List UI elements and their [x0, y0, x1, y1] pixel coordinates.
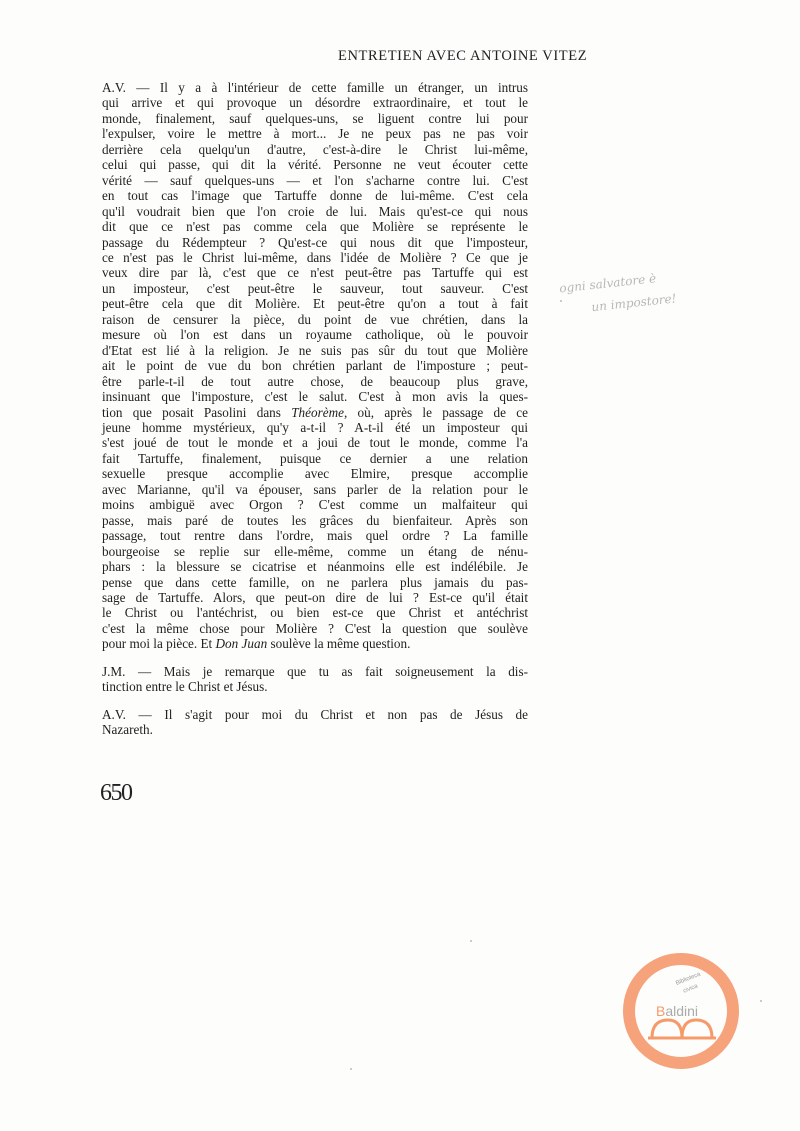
- library-stamp-logo: Biblioteca civica Baldini: [622, 952, 740, 1070]
- text-line: insinuant que l'imposture, c'est le salu…: [102, 389, 528, 404]
- text-line: en tout cas l'image que Tartuffe donne d…: [102, 188, 528, 203]
- running-header: ENTRETIEN AVEC ANTOINE VITEZ: [338, 48, 587, 65]
- text-line: jeune homme mystérieux, qu'y a-t-il ? A-…: [102, 420, 528, 435]
- text-line: passage du Rédempteur ? Qu'est-ce qui no…: [102, 235, 528, 250]
- text-line: d'Etat est lié à la religion. Je ne suis…: [102, 343, 528, 358]
- text-line: qui arrive et qui provoque un désordre e…: [102, 95, 528, 110]
- text-line: bourgeoise se replie sur elle-même, comm…: [102, 544, 528, 559]
- text-line: J.M. — Mais je remarque que tu as fait s…: [102, 664, 528, 679]
- dialogue-paragraph-jm: J.M. — Mais je remarque que tu as fait s…: [102, 664, 528, 695]
- text-line: sexuelle presque accomplie avec Elmire, …: [102, 466, 528, 481]
- text-line: être parle-t-il de tout autre chose, de …: [102, 374, 528, 389]
- dialogue-paragraph-av: A.V. — Il s'agit pour moi du Christ et n…: [102, 707, 528, 738]
- text-line: monde, finalement, sauf quelques-uns, se…: [102, 111, 528, 126]
- text-line: dit que ce n'est pas comme cela que Moli…: [102, 219, 528, 234]
- text-line: qu'il voudrait bien que l'on croie de lu…: [102, 204, 528, 219]
- text-line: tion que posait Pasolini dans Théorème, …: [102, 405, 528, 420]
- text-line: moins ambiguë avec Orgon ? C'est comme u…: [102, 497, 528, 512]
- text-line: raison de censurer la pièce, du point de…: [102, 312, 528, 327]
- text-line: pense que dans cette famille, on ne parl…: [102, 575, 528, 590]
- text-line: veux dire par là, c'est que ce n'est peu…: [102, 265, 528, 280]
- text-line: phars : la blessure se cicatrise et néan…: [102, 559, 528, 574]
- text-line: c'est la même chose pour Molière ? C'est…: [102, 621, 528, 636]
- text-line: A.V. — Il s'agit pour moi du Christ et n…: [102, 707, 528, 722]
- text-line: peut-être cela que dit Molière. Et peut-…: [102, 296, 528, 311]
- text-line: vérité — sauf quelques-uns — et l'on s'a…: [102, 173, 528, 188]
- italic-title: Théorème: [291, 405, 344, 420]
- text-line: le Christ ou l'antéchrist, ou bien est-c…: [102, 605, 528, 620]
- stamp-text-baldini: Baldini: [656, 1003, 698, 1019]
- text-line: Nazareth.: [102, 722, 528, 737]
- text-line: sage de Tartuffe. Alors, que peut-on dir…: [102, 590, 528, 605]
- text-line: mesure où l'on est dans un royaume catho…: [102, 327, 528, 342]
- text-line: ce n'est pas le Christ lui-même, dans l'…: [102, 250, 528, 265]
- text-line: pour moi la pièce. Et Don Juan soulève l…: [102, 636, 528, 651]
- baldini-stamp-icon: Biblioteca civica Baldini: [622, 952, 740, 1070]
- dialogue-paragraph-av: A.V. — Il y a à l'intérieur de cette fam…: [102, 80, 528, 652]
- page-number: 650: [100, 780, 132, 807]
- text-line: passe, mais paré de toutes les grâces du…: [102, 513, 528, 528]
- text-line: A.V. — Il y a à l'intérieur de cette fam…: [102, 80, 528, 95]
- text-line: fait Tartuffe, finalement, puisque ce de…: [102, 451, 528, 466]
- interview-text-column: A.V. — Il y a à l'intérieur de cette fam…: [102, 80, 528, 750]
- text-line: un imposteur, c'est peut-être le sauveur…: [102, 281, 528, 296]
- text-line: avec Marianne, qu'il va épouser, sans pa…: [102, 482, 528, 497]
- text-line: s'est joué de tout le monde et a joui de…: [102, 435, 528, 450]
- text-line: celui qui passe, qui dit la vérité. Pers…: [102, 157, 528, 172]
- italic-title: Don Juan: [216, 636, 268, 651]
- text-line: l'expulser, voire le mettre à mort... Je…: [102, 126, 528, 141]
- handwritten-margin-note: ogni salvatore è un impostore!: [558, 259, 742, 322]
- stamp-text-biblioteca: Biblioteca: [675, 971, 702, 987]
- text-line: derrière cela quelqu'un d'autre, c'est-à…: [102, 142, 528, 157]
- text-line: ait le point de vue du bon chrétien parl…: [102, 358, 528, 373]
- stamp-text-civica: civica: [683, 983, 700, 994]
- text-line: passage, tout rentre dans l'ordre, mais …: [102, 528, 528, 543]
- text-line: tinction entre le Christ et Jésus.: [102, 679, 528, 694]
